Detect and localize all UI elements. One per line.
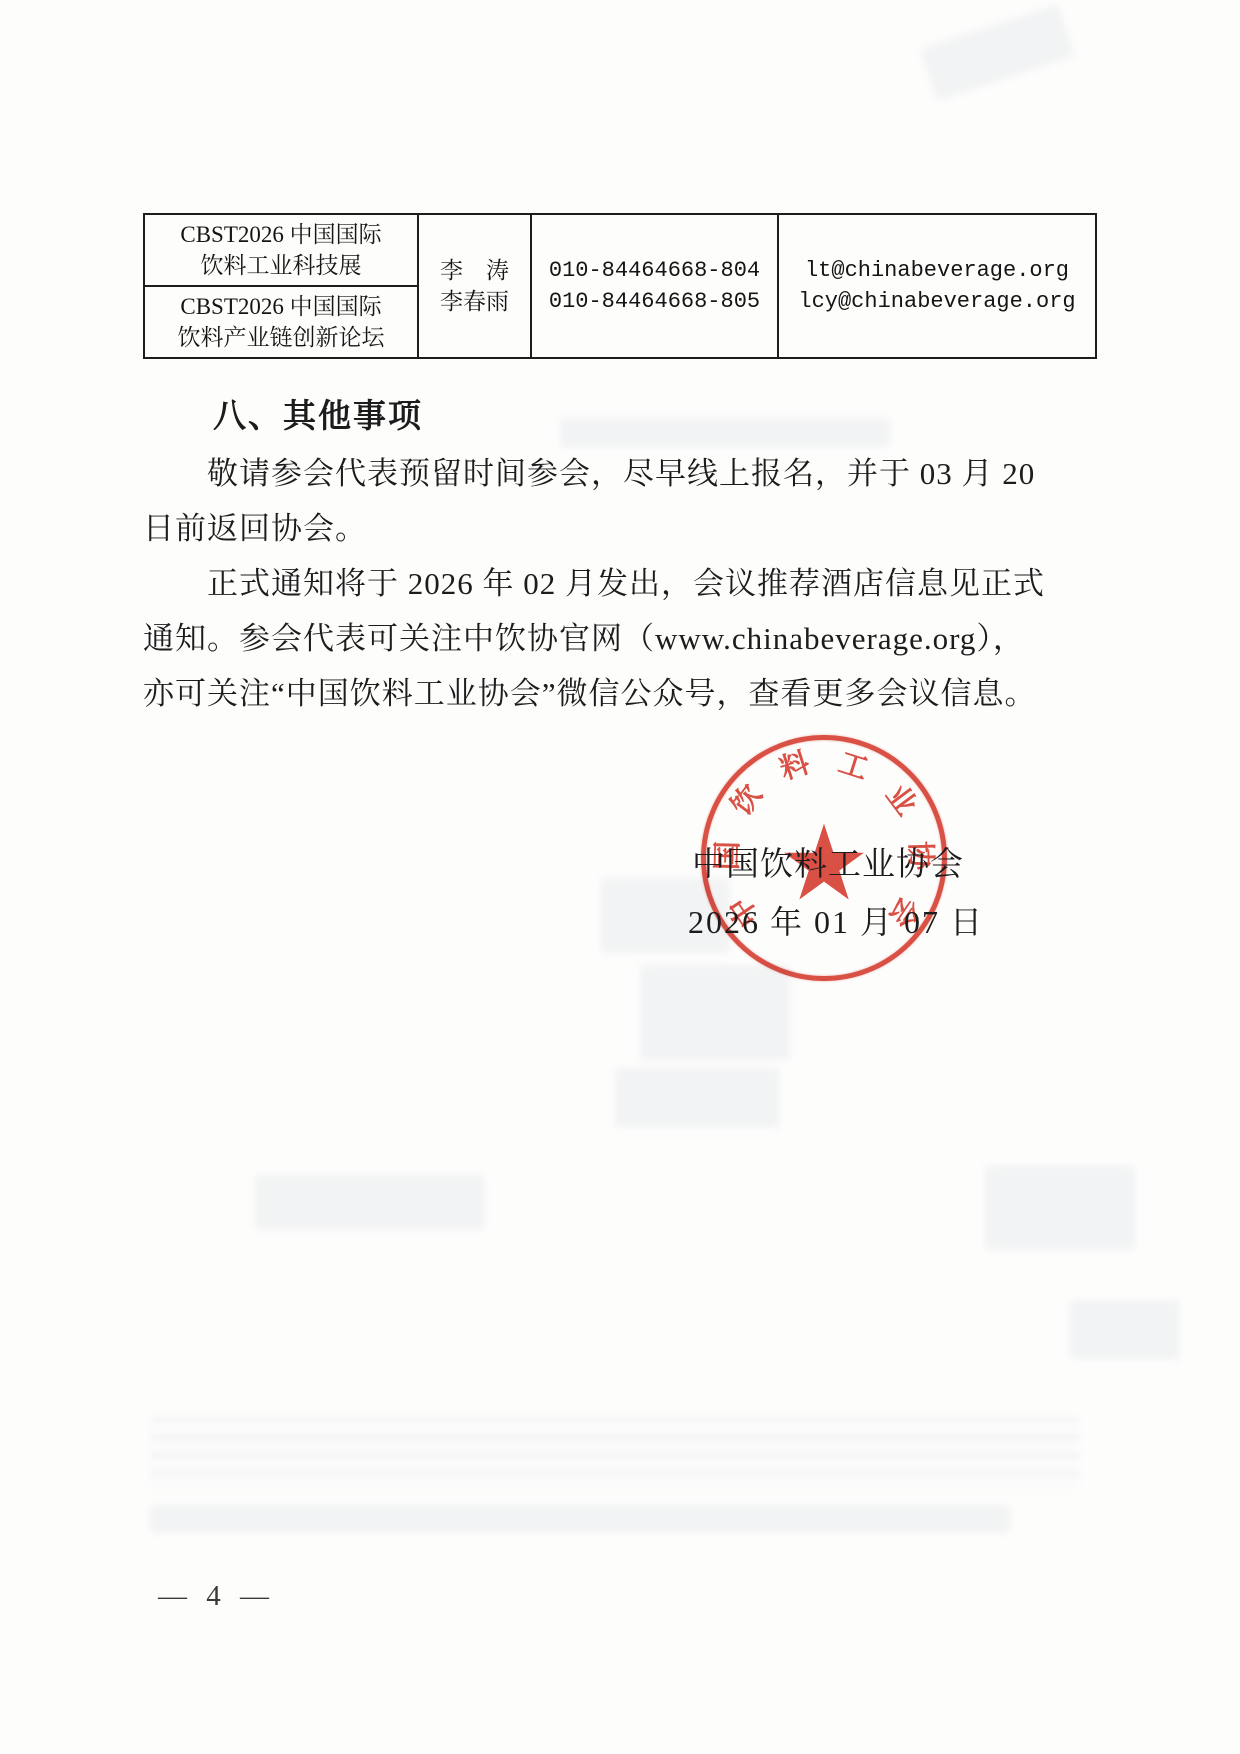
signature-date: 2026 年 01 月 07 日 — [688, 897, 984, 943]
event-2-line-1: CBST2026 中国国际 — [145, 291, 417, 322]
bleedthrough-smudge-top-right — [920, 4, 1075, 101]
contact-email-1: lt@chinabeverage.org — [779, 255, 1095, 286]
event-1-line-2: 饮料工业科技展 — [145, 250, 417, 281]
signature-organization: 中国饮料工业协会 — [692, 838, 964, 885]
contact-phone-cell: 010-84464668-804 010-84464668-805 — [531, 214, 778, 358]
section-heading: 八、其他事项 — [213, 395, 1033, 439]
bleedthrough-smudge-6 — [985, 1165, 1135, 1250]
bleedthrough-text-row — [150, 1505, 1010, 1533]
bleedthrough-smudge-4 — [615, 1068, 780, 1128]
document-page: CBST2026 中国国际 饮料工业科技展 李 涛 李春雨 010-844646… — [0, 0, 1240, 1754]
bleedthrough-table-band — [150, 1418, 1080, 1490]
contact-name-cell: 李 涛 李春雨 — [418, 214, 531, 358]
contact-email-2: lcy@chinabeverage.org — [779, 286, 1095, 317]
footer-page-number: — 4 — — [158, 1580, 275, 1613]
contact-name-1: 李 涛 — [419, 255, 530, 286]
contact-phone-1: 010-84464668-804 — [532, 255, 777, 286]
contact-phone-2: 010-84464668-805 — [532, 286, 777, 317]
bleedthrough-smudge-5 — [255, 1175, 485, 1230]
event-1-line-1: CBST2026 中国国际 — [145, 219, 417, 250]
event-cell-1: CBST2026 中国国际 饮料工业科技展 — [144, 214, 418, 286]
paragraph2-line1: 正式通知将于 2026 年 02 月发出，会议推荐酒店信息见正式 — [143, 562, 1027, 606]
event-cell-2: CBST2026 中国国际 饮料产业链创新论坛 — [144, 286, 418, 358]
paragraph1-line2: 日前返回协会。 — [143, 507, 963, 551]
event-2-line-2: 饮料产业链创新论坛 — [145, 322, 417, 353]
table-row: CBST2026 中国国际 饮料工业科技展 李 涛 李春雨 010-844646… — [144, 214, 1096, 286]
contact-email-cell: lt@chinabeverage.org lcy@chinabeverage.o… — [778, 214, 1096, 358]
contact-table: CBST2026 中国国际 饮料工业科技展 李 涛 李春雨 010-844646… — [143, 213, 1097, 359]
paragraph1-line1: 敬请参会代表预留时间参会，尽早线上报名，并于 03 月 20 — [143, 452, 1027, 496]
contact-name-2: 李春雨 — [419, 286, 530, 317]
bleedthrough-smudge-7 — [1070, 1300, 1180, 1360]
paragraph2-line3: 亦可关注“中国饮料工业协会”微信公众号，查看更多会议信息。 — [143, 672, 963, 716]
paragraph2-line2: 通知。参会代表可关注中饮协官网（www.chinabeverage.org）， — [143, 617, 963, 661]
